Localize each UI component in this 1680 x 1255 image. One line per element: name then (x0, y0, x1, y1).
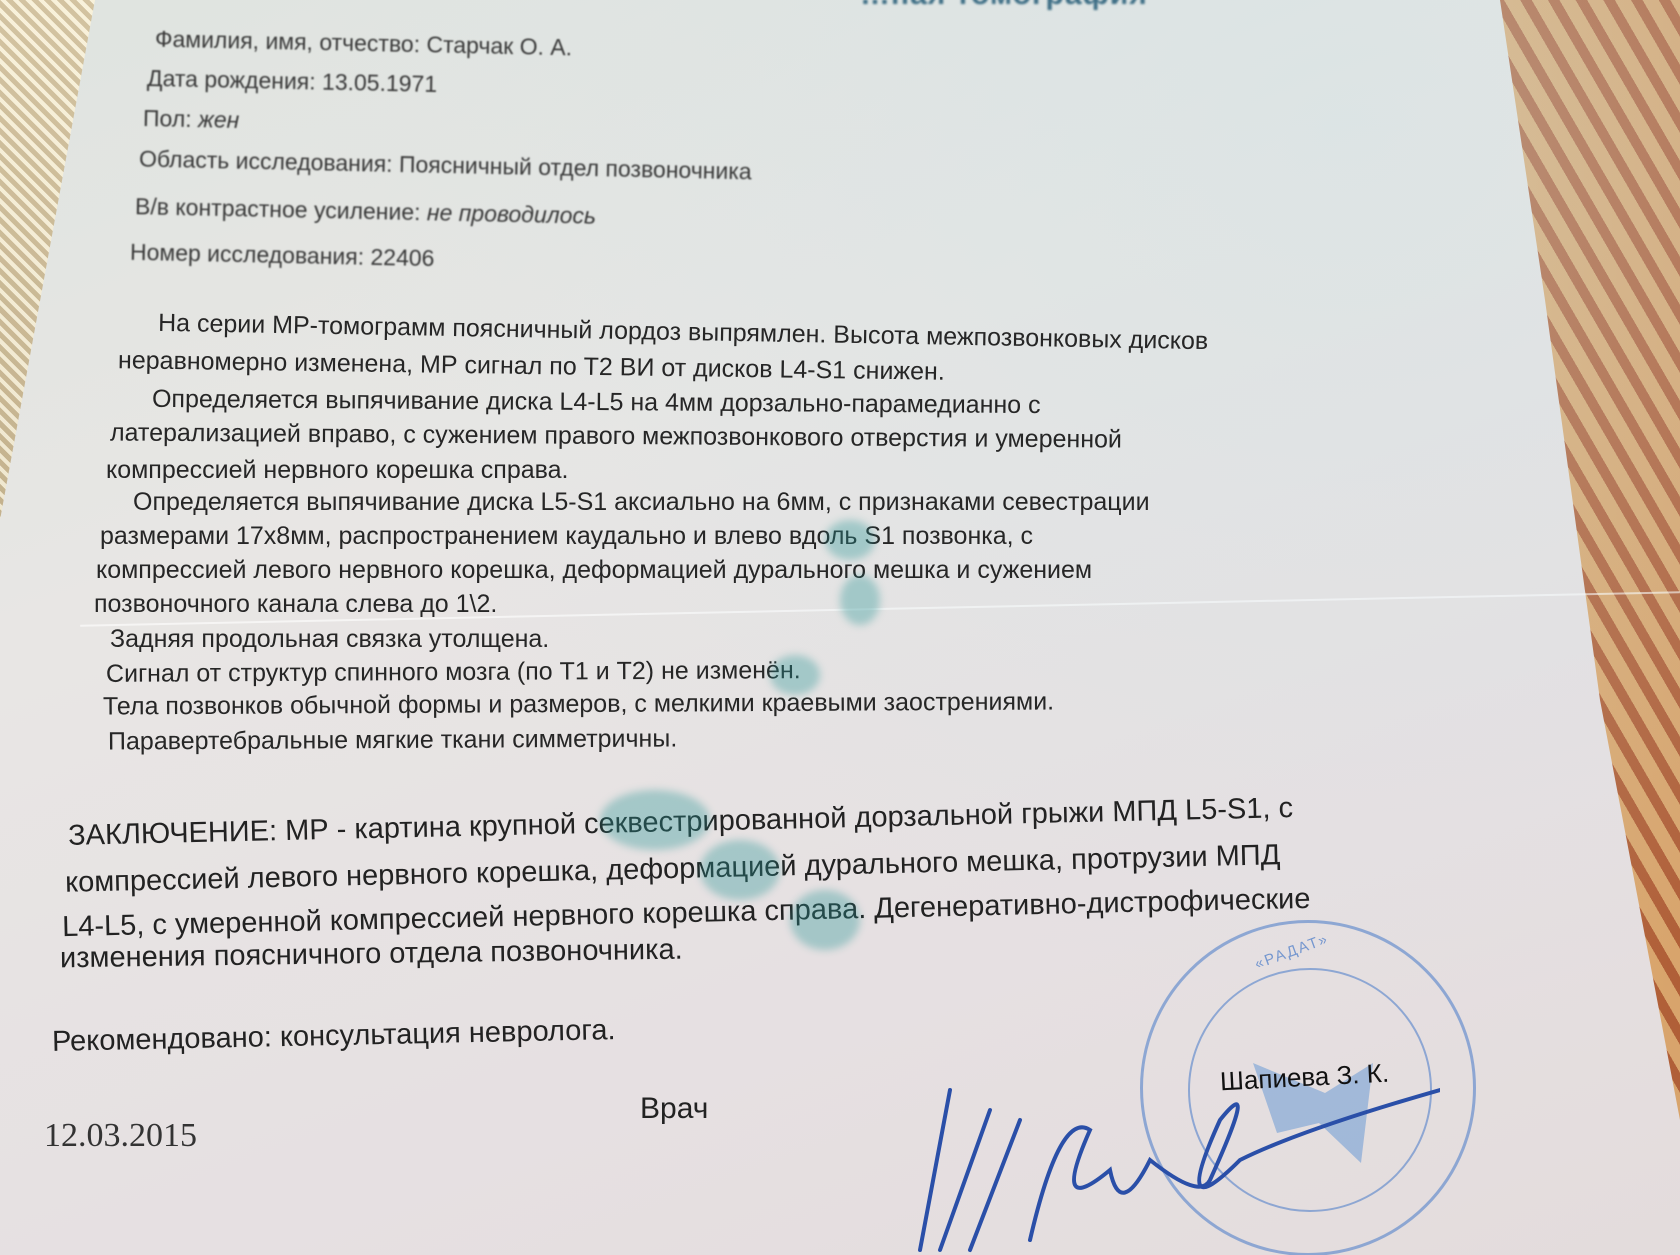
findings-line: Сигнал от структур спинного мозга (по Т1… (106, 656, 801, 689)
field-study-number: Номер исследования: 22406 (130, 239, 435, 272)
field-value: 13.05.1971 (322, 69, 438, 97)
document-title: …ная томография (860, 0, 1148, 12)
field-value: Старчак О. А. (426, 31, 572, 60)
field-full-name: Фамилия, имя, отчество: Старчак О. А. (155, 26, 573, 62)
field-label: В/в контрастное усиление: (135, 193, 421, 225)
findings-line: латерализацией вправо, с сужением правог… (110, 418, 1122, 454)
findings-line: Определяется выпячивание диска L4-L5 на … (152, 385, 1041, 420)
findings-line: Паравертебральные мягкие ткани симметрич… (108, 725, 677, 757)
stamp-text: «РАДАТ» (1252, 930, 1331, 973)
recommendation: Рекомендовано: консультация невролога. (52, 1014, 616, 1059)
findings-line: Определяется выпячивание диска L5-S1 акс… (133, 488, 1150, 517)
field-label: Пол: (143, 105, 192, 132)
field-label: Номер исследования: (130, 239, 365, 270)
ink-stain (770, 655, 820, 695)
field-label: Фамилия, имя, отчество: (155, 26, 421, 58)
ink-stain (825, 520, 875, 560)
ink-stain (700, 840, 780, 900)
findings-line: компрессией левого нервного корешка, деф… (96, 556, 1092, 585)
findings-line: компрессией нервного корешка справа. (106, 456, 568, 485)
field-value: Поясничный отдел позвоночника (399, 151, 752, 184)
findings-line: позвоночного канала слева до 1\2. (94, 590, 497, 619)
report-date: 12.03.2015 (44, 1117, 197, 1155)
ink-stain (600, 790, 710, 850)
findings-line: размерами 17х8мм, распространением кауда… (100, 522, 1033, 551)
mri-report: …ная томография Фамилия, имя, отчество: … (0, 0, 1680, 1255)
field-sex: Пол: жен (143, 105, 240, 134)
findings-line: неравномерно изменена, МР сигнал по Т2 В… (118, 346, 945, 387)
ink-stain (790, 890, 860, 950)
field-birth-date: Дата рождения: 13.05.1971 (147, 65, 438, 98)
ink-stain (840, 575, 880, 625)
field-value: жен (198, 106, 240, 133)
signature-icon (880, 1070, 1440, 1255)
field-value: не проводилось (427, 199, 597, 229)
doctor-label: Врач (640, 1092, 708, 1126)
findings-line: Задняя продольная связка утолщена. (110, 625, 549, 654)
field-label: Область исследования: (139, 146, 393, 177)
field-study-area: Область исследования: Поясничный отдел п… (139, 146, 752, 186)
findings-line: Тела позвонков обычной формы и размеров,… (103, 688, 1054, 722)
field-value: 22406 (370, 244, 434, 271)
field-contrast: В/в контрастное усиление: не проводилось (135, 193, 597, 230)
field-label: Дата рождения: (147, 65, 316, 95)
